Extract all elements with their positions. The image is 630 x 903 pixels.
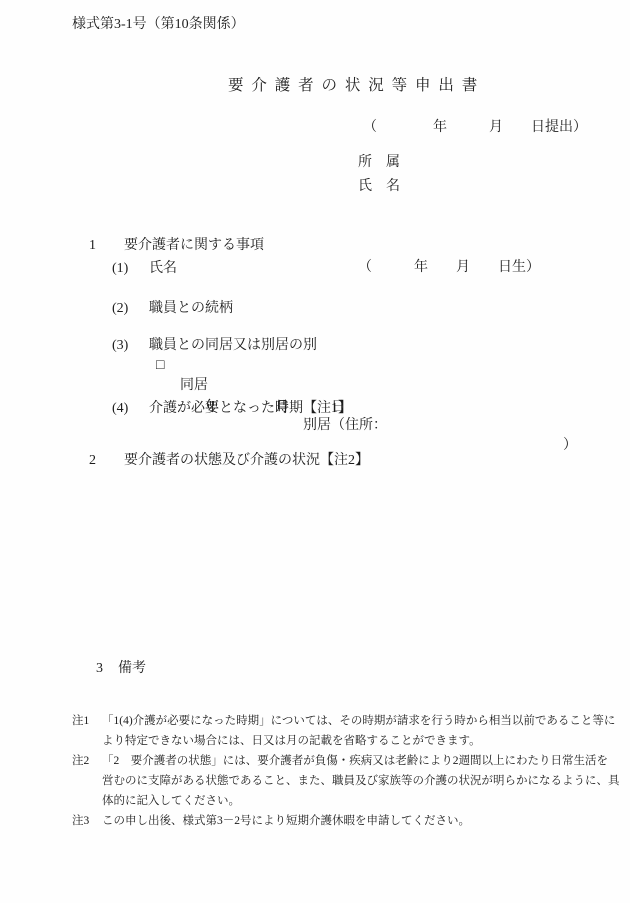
note-2-line-1: 「2 要介護者の状態」には、要介護者が負傷・疾病又は老齢により2週間以上にわたり…	[102, 751, 620, 771]
note-1: 注1 「1(4)介護が必要になった時期」については、その時期が請求を行う時から相…	[72, 711, 592, 751]
submit-date-line: （ 年 月 日提出）	[363, 118, 587, 138]
note-1-line-1: 「1(4)介護が必要になった時期」については、その時期が請求を行う時から相当以前…	[102, 711, 615, 731]
footnotes: 注1 「1(4)介護が必要になった時期」については、その時期が請求を行う時から相…	[72, 711, 592, 831]
note-1-marker: 注1	[72, 711, 102, 751]
item-1-label: 氏名	[149, 261, 177, 276]
birth-date-line: （ 年 月 日生）	[358, 258, 540, 278]
form-number: 様式第3-1号（第10条関係）	[72, 15, 245, 35]
item-2-label: 職員との続柄	[149, 301, 233, 316]
section-3-number: 3	[96, 659, 118, 679]
section-3-row: 3備考	[82, 639, 146, 699]
item-1-number: (1)	[112, 259, 149, 279]
note-1-body: 「1(4)介護が必要になった時期」については、その時期が請求を行う時から相当以前…	[102, 711, 615, 751]
separate-close-paren: ）	[563, 436, 577, 456]
note-3-line-1: この申し出後、様式第3－2号により短期介護休暇を申請してください。	[102, 811, 592, 831]
document-page: 様式第3-1号（第10条関係） 要 介 護 者 の 状 況 等 申 出 書 （ …	[0, 0, 630, 903]
item-4-number: (4)	[112, 399, 149, 419]
section-2-number: 2	[89, 451, 124, 471]
care-start-date-line: 年 月 日	[205, 398, 345, 418]
affiliation-label: 所 属	[358, 153, 400, 173]
cohabit-checkbox[interactable]: □	[156, 356, 164, 376]
note-3-body: この申し出後、様式第3－2号により短期介護休暇を申請してください。	[102, 811, 592, 831]
note-2-line-2: 営むのに支障がある状態であること、また、職員及び家族等の介護の状況が明らかになる…	[102, 771, 620, 791]
note-2-body: 「2 要介護者の状態」には、要介護者が負傷・疾病又は老齢により2週間以上にわたり…	[102, 751, 620, 811]
section-3-heading: 備考	[118, 661, 146, 676]
name-label: 氏 名	[358, 177, 400, 197]
note-1-line-2: より特定できない場合には、日又は月の記載を省略することができます。	[102, 731, 615, 751]
section-2-heading: 要介護者の状態及び介護の状況【注2】	[124, 453, 369, 468]
document-title: 要 介 護 者 の 状 況 等 申 出 書	[228, 76, 479, 96]
note-3: 注3 この申し出後、様式第3－2号により短期介護休暇を申請してください。	[72, 811, 592, 831]
section-2-row: 2要介護者の状態及び介護の状況【注2】	[75, 431, 369, 491]
note-3-marker: 注3	[72, 811, 102, 831]
note-2: 注2 「2 要介護者の状態」には、要介護者が負傷・疾病又は老齢により2週間以上に…	[72, 751, 592, 811]
note-2-marker: 注2	[72, 751, 102, 811]
note-2-line-3: 体的に記入してください。	[102, 791, 620, 811]
